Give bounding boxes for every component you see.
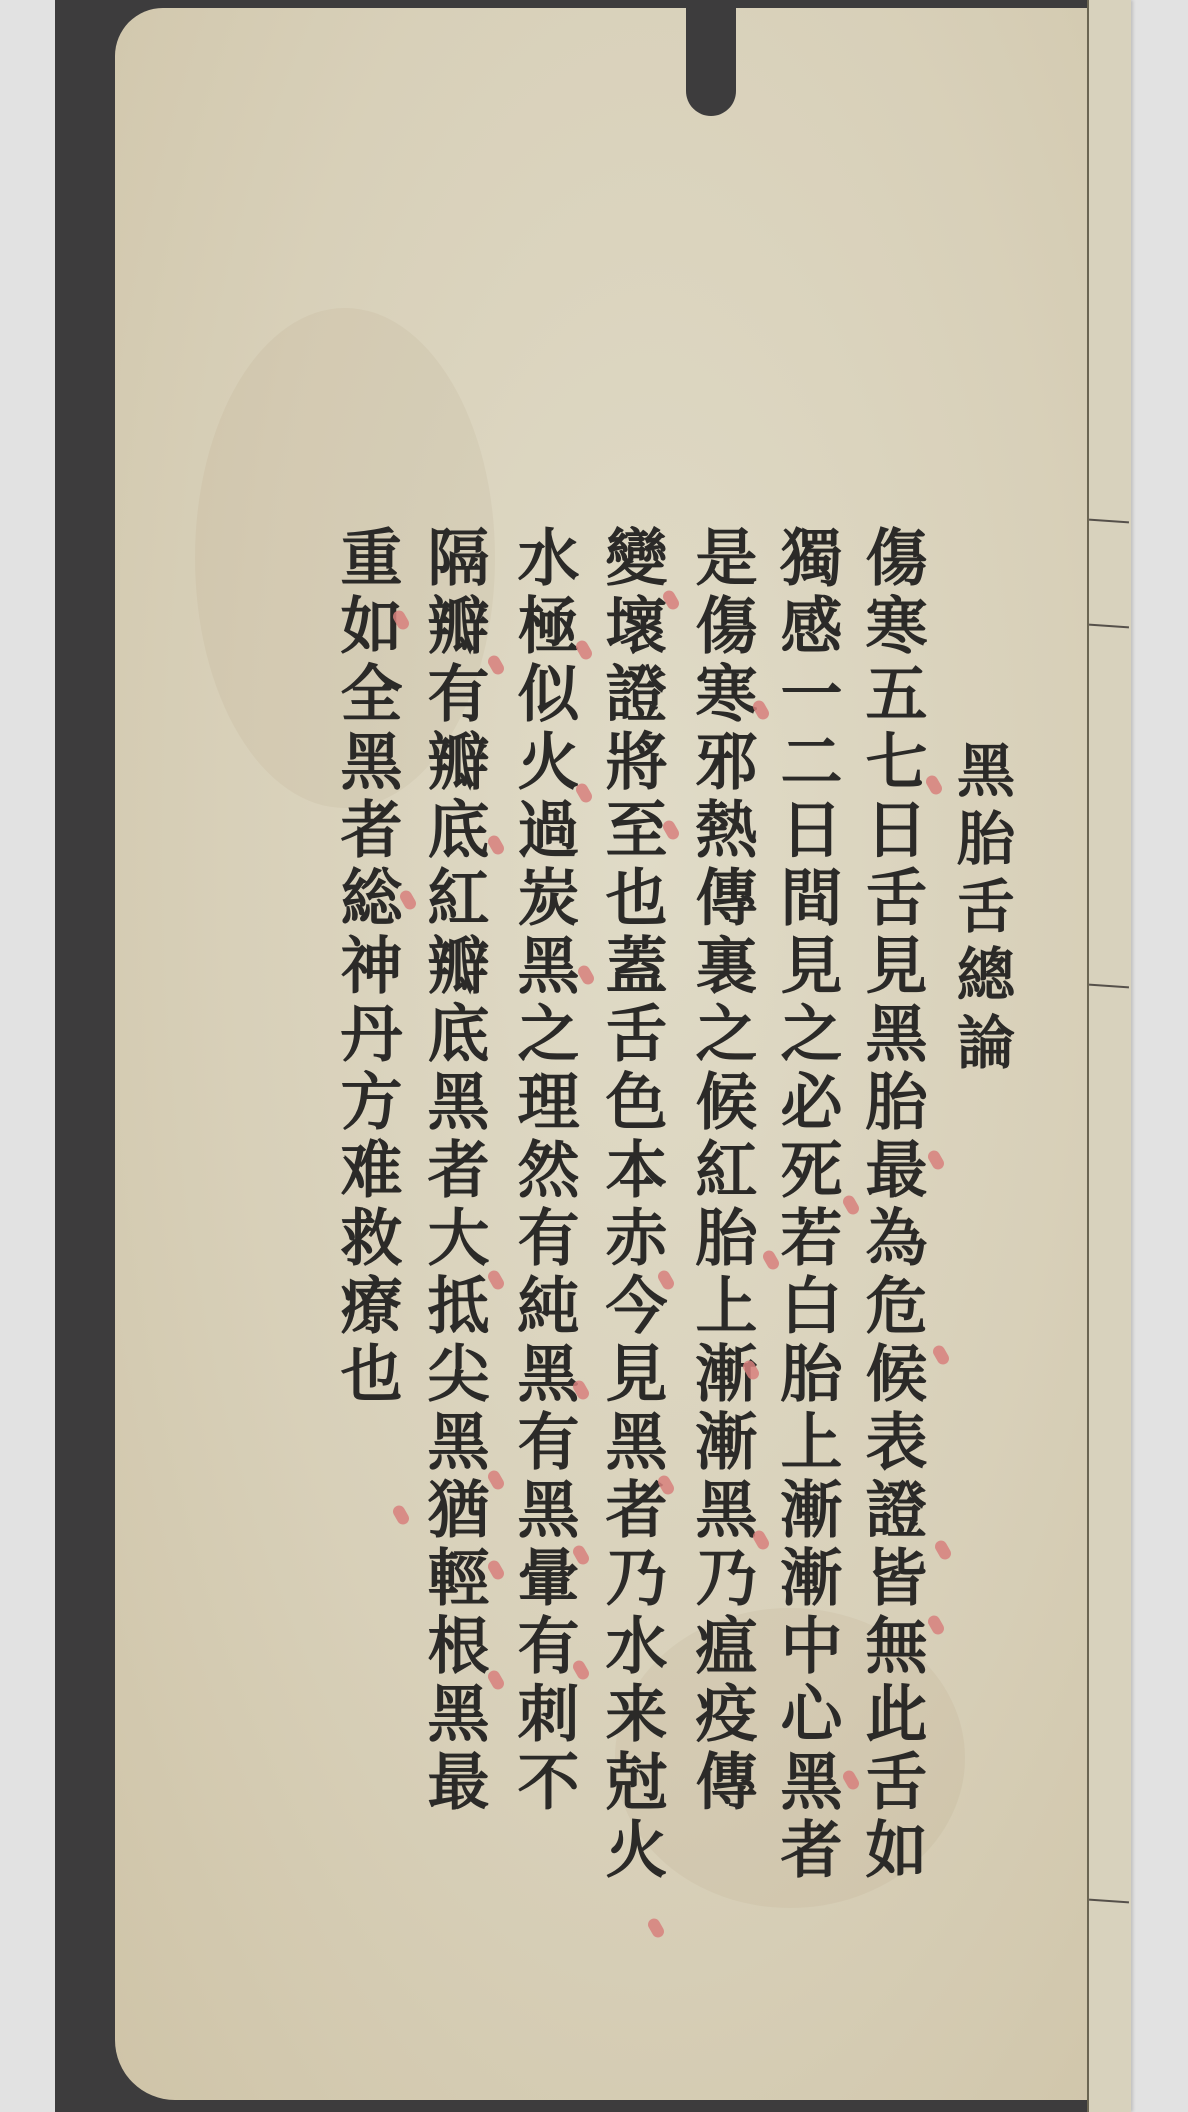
spine-line <box>1089 519 1129 524</box>
binding-notch <box>686 0 736 116</box>
text-column-3: 是傷寒邪熱傳裏之候紅胎上漸漸黑乃瘟疫傳 <box>690 525 752 1817</box>
text-column-7: 重如全黑者総神丹方难救療也 <box>335 525 397 1409</box>
spine-line <box>1089 624 1129 629</box>
text-column-6: 隔瓣有瓣底紅瓣底黑者大抵尖黑猶輕根黑最 <box>422 525 484 1817</box>
text-column-2: 獨感一二日間見之必死若白胎上漸漸中心黑者 <box>775 525 837 1885</box>
text-column-5: 水極似火過炭黑之理然有純黑有黑暈有刺不 <box>512 525 574 1817</box>
spine-line <box>1089 1899 1129 1904</box>
text-column-1: 傷寒五七日舌見黑胎最為危候表證皆無此舌如 <box>860 525 922 1885</box>
book-spine-edge <box>1087 0 1131 2112</box>
spine-line <box>1089 984 1129 989</box>
text-column-4: 變壞證將至也蓋舌色本赤今見黑者乃水来尅火 <box>600 525 662 1885</box>
section-title: 黑胎舌總論 <box>952 740 1010 1080</box>
